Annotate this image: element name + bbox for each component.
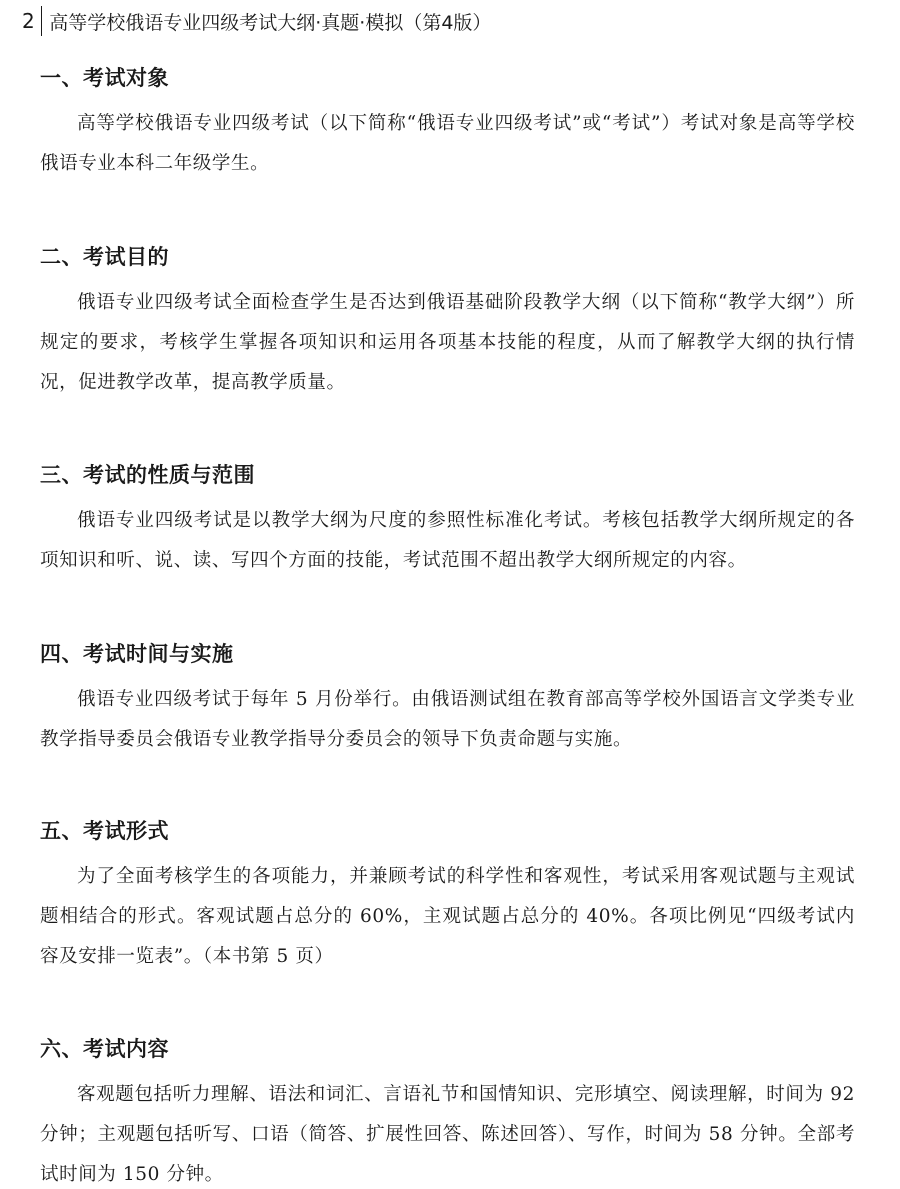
section-exam-target: 一、考试对象 高等学校俄语专业四级考试（以下简称“俄语专业四级考试”或“考试”）… bbox=[40, 64, 855, 184]
section-paragraph: 俄语专业四级考试于每年 5 月份举行。由俄语测试组在教育部高等学校外国语言文学类… bbox=[40, 680, 855, 760]
section-heading: 六、考试内容 bbox=[40, 1035, 855, 1063]
section-heading: 五、考试形式 bbox=[40, 817, 855, 845]
header-divider bbox=[41, 6, 43, 36]
section-exam-format: 五、考试形式 为了全面考核学生的各项能力，并兼顾考试的科学性和客观性，考试采用客… bbox=[40, 817, 855, 977]
section-heading: 一、考试对象 bbox=[40, 64, 855, 92]
section-exam-purpose: 二、考试目的 俄语专业四级考试全面检查学生是否达到俄语基础阶段教学大纲（以下简称… bbox=[40, 243, 855, 403]
section-paragraph: 俄语专业四级考试全面检查学生是否达到俄语基础阶段教学大纲（以下简称“教学大纲”）… bbox=[40, 283, 855, 403]
page-number: 2 bbox=[22, 9, 41, 33]
section-heading: 四、考试时间与实施 bbox=[40, 640, 855, 668]
section-paragraph: 高等学校俄语专业四级考试（以下简称“俄语专业四级考试”或“考试”）考试对象是高等… bbox=[40, 104, 855, 184]
section-exam-content: 六、考试内容 客观题包括听力理解、语法和词汇、言语礼节和国情知识、完形填空、阅读… bbox=[40, 1035, 855, 1189]
section-exam-time-administration: 四、考试时间与实施 俄语专业四级考试于每年 5 月份举行。由俄语测试组在教育部高… bbox=[40, 640, 855, 760]
section-exam-nature-scope: 三、考试的性质与范围 俄语专业四级考试是以教学大纲为尺度的参照性标准化考试。考核… bbox=[40, 461, 855, 581]
section-heading: 二、考试目的 bbox=[40, 243, 855, 271]
section-heading: 三、考试的性质与范围 bbox=[40, 461, 855, 489]
section-paragraph: 为了全面考核学生的各项能力，并兼顾考试的科学性和客观性，考试采用客观试题与主观试… bbox=[40, 857, 855, 977]
section-paragraph: 客观题包括听力理解、语法和词汇、言语礼节和国情知识、完形填空、阅读理解，时间为 … bbox=[40, 1075, 855, 1189]
book-title: 高等学校俄语专业四级考试大纲·真题·模拟（第4版） bbox=[49, 8, 491, 35]
section-paragraph: 俄语专业四级考试是以教学大纲为尺度的参照性标准化考试。考核包括教学大纲所规定的各… bbox=[40, 501, 855, 581]
running-header: 2 高等学校俄语专业四级考试大纲·真题·模拟（第4版） bbox=[22, 4, 491, 38]
